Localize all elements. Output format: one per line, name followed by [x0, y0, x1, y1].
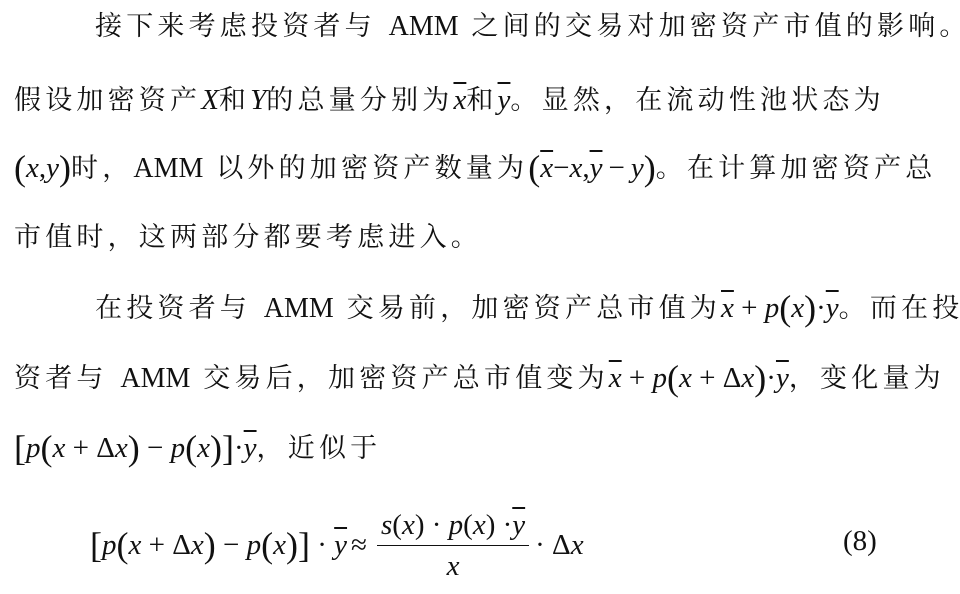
math-sym: +	[622, 362, 653, 394]
math-var: x	[571, 529, 584, 562]
paren: )	[644, 148, 656, 188]
text-span: 和	[466, 85, 497, 116]
math-var-X: X	[201, 84, 219, 116]
text-span: 市值时，这两部分都要考虑进入。	[14, 222, 482, 253]
math-var-ybar: y	[776, 362, 789, 394]
math-sym: + Δ	[65, 432, 115, 464]
text-span: 资者与	[14, 363, 120, 394]
math-var-ybar: y	[334, 529, 347, 562]
text-span: AMM	[264, 293, 334, 324]
paragraph-2-line-2: 资者与 AMM 交易后，加密资产总市值变为x + p(x + Δx)·y，变化量…	[14, 358, 940, 398]
text-span: 交易后，加密资产总市值变为	[190, 363, 608, 394]
math-var-xbar: x	[453, 84, 466, 116]
math-var-xbar: x	[609, 362, 622, 394]
math-var: x	[115, 432, 128, 464]
paren: )	[210, 428, 222, 468]
paren: )	[204, 524, 216, 566]
math-sym: ·	[310, 529, 334, 562]
math-sym: −	[608, 152, 624, 184]
math-sym: −	[140, 432, 171, 464]
math-sym: ·	[234, 432, 244, 464]
math-var: x	[129, 529, 142, 562]
bracket: [	[14, 428, 26, 468]
math-var-ybar: y	[244, 432, 257, 464]
math-var-xbar: x	[540, 152, 553, 184]
math-sym: + Δ	[141, 529, 191, 562]
math-var: p	[171, 432, 186, 464]
math-var: x	[26, 152, 39, 184]
text-span: 和	[219, 85, 250, 116]
approx-symbol: ≈	[351, 529, 367, 562]
math-sym: + Δ	[692, 362, 742, 394]
text-span: 。显然，在流动性池状态为	[510, 85, 884, 116]
math-var: p	[653, 362, 668, 394]
math-sym: · Δ	[535, 529, 571, 562]
text-span: ，变化量为	[789, 363, 945, 394]
math-sym: −	[216, 529, 247, 562]
paren: )	[286, 524, 298, 566]
text-span: 以外的加密资产数量为	[203, 153, 528, 184]
paragraph-1-line-2: 假设加密资产X和Y的总量分别为x和y。显然，在流动性池状态为	[14, 80, 940, 120]
paragraph-2-line-1: 在投资者与 AMM 交易前，加密资产总市值为x + p(x)·y。而在投	[95, 288, 940, 328]
math-var: p	[765, 292, 780, 324]
text-span: 接下来考虑投资者与	[95, 11, 389, 42]
math-var: x	[273, 529, 286, 562]
paren: (	[667, 358, 679, 398]
fraction: s(x) · p(x) ·y x	[377, 507, 529, 584]
math-var: p	[102, 529, 117, 562]
math-var-ybar: y	[826, 292, 839, 324]
math-var: y	[46, 152, 59, 184]
fraction-denominator: x	[447, 546, 460, 584]
paren: )	[804, 288, 816, 328]
math-sym: −	[553, 152, 569, 184]
text-span: AMM	[133, 153, 203, 184]
math-sym: ,	[582, 152, 589, 184]
bracket: ]	[298, 524, 310, 566]
paren: (	[117, 524, 129, 566]
text-span: 。在计算加密资产总	[656, 153, 937, 184]
paren: (	[185, 428, 197, 468]
paragraph-1-line-1: 接下来考虑投资者与 AMM 之间的交易对加密资产市值的影响。	[95, 7, 940, 47]
text-span: 时，	[71, 153, 133, 184]
math-sym: ·	[766, 362, 776, 394]
math-var-ybar: y	[590, 152, 603, 184]
math-var: p	[26, 432, 41, 464]
math-var: x	[191, 529, 204, 562]
display-equation-8: [p(x + Δx) − p(x)] · y≈ s(x) · p(x) ·y x…	[90, 505, 584, 585]
paren: )	[128, 428, 140, 468]
math-var: x	[197, 432, 210, 464]
math-var: x	[569, 152, 582, 184]
text-span: 假设加密资产	[14, 85, 201, 116]
paren: (	[14, 148, 26, 188]
text-span: 之间的交易对加密资产市值的影响。	[459, 11, 960, 42]
math-var: x	[791, 292, 804, 324]
bracket: ]	[222, 428, 234, 468]
paren: (	[261, 524, 273, 566]
math-var: x	[679, 362, 692, 394]
paren: )	[754, 358, 766, 398]
text-span: 在投资者与	[95, 293, 264, 324]
paren: (	[779, 288, 791, 328]
paragraph-2-line-3: [p(x + Δx) − p(x)]·y，近似于	[14, 428, 940, 468]
text-span: AMM	[389, 11, 459, 42]
text-span: 交易前，加密资产总市值为	[334, 293, 721, 324]
math-var: y	[631, 152, 644, 184]
bracket: [	[90, 524, 102, 566]
text-span: 的总量分别为	[266, 85, 453, 116]
paren: (	[41, 428, 53, 468]
paragraph-1-line-4: 市值时，这两部分都要考虑进入。	[14, 218, 940, 258]
math-var-Y: Y	[250, 84, 266, 116]
text-span: AMM	[120, 363, 190, 394]
math-var: x	[53, 432, 66, 464]
math-var: x	[741, 362, 754, 394]
math-var-ybar: y	[498, 84, 511, 116]
paren: )	[59, 148, 71, 188]
math-var: p	[247, 529, 262, 562]
equation-number: (8)	[843, 521, 877, 561]
paren: (	[528, 148, 540, 188]
text-span: ，近似于	[257, 433, 382, 464]
paragraph-1-line-3: (x,y)时，AMM 以外的加密资产数量为(x−x,y−y)。在计算加密资产总	[14, 148, 940, 188]
math-var-xbar: x	[721, 292, 734, 324]
math-sym: ·	[816, 292, 826, 324]
math-sym: +	[734, 292, 765, 324]
fraction-numerator: s(x) · p(x) ·y	[377, 507, 529, 546]
text-span: 。而在投	[839, 293, 960, 324]
